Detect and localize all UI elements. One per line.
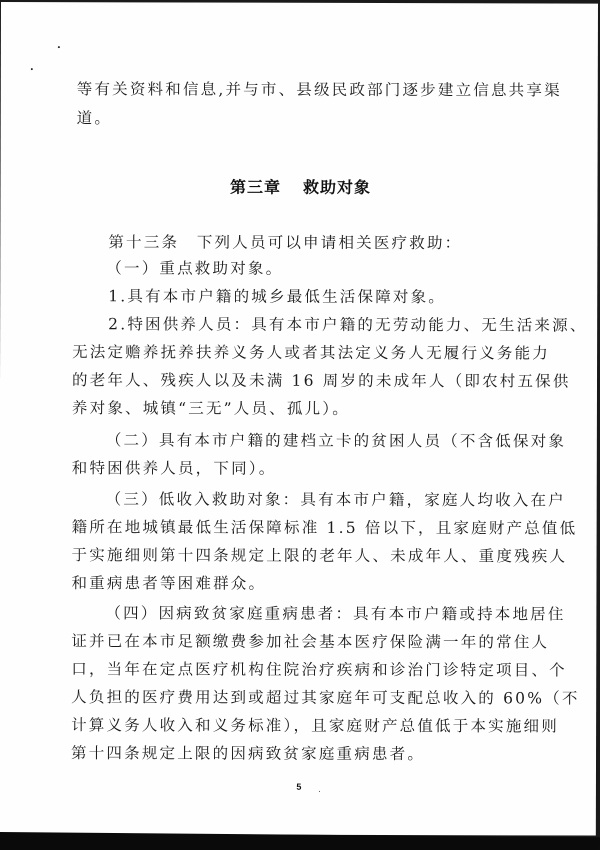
scan-speck [31, 68, 33, 70]
item-1-2-line-3: 的老年人、残疾人以及未满 16 周岁的未成年人（即农村五保供 [0, 370, 598, 392]
continuation-line-2: 道。 [1, 108, 598, 130]
item-3-line-3: 于实施细则第十四条规定上限的老年人、未成年人、重度残疾人 [0, 545, 598, 567]
item-3-line-2: 籍所在地城镇最低生活保障标准 1.5 倍以下，且家庭财产总值低 [0, 517, 598, 539]
item-1-1: 1.具有本市户籍的城乡最低生活保障对象。 [0, 286, 598, 308]
chapter-title: 救助对象 [303, 178, 371, 197]
page-number: 5 [0, 781, 598, 793]
item-3-line-1: （三）低收入救助对象：具有本市户籍，家庭人均收入在户 [0, 489, 598, 511]
item-4-line-6: 第十四条规定上限的因病致贫家庭重病患者。 [0, 743, 598, 765]
item-4-line-3: 口，当年在定点医疗机构住院治疗疾病和诊治门诊特定项目、个 [0, 659, 598, 681]
article-13-heading: 第十三条 下列人员可以申请相关医疗救助： [0, 232, 598, 254]
item-1-2-line-4: 养对象、城镇“三无”人员、孤儿）。 [0, 398, 598, 420]
item-2-line-1: （二）具有本市户籍的建档立卡的贫困人员（不含低保对象 [0, 430, 598, 452]
scan-speck [58, 46, 60, 48]
item-4-line-1: （四）因病致贫家庭重病患者：具有本市户籍或持本地居住 [0, 603, 598, 625]
chapter-number: 第三章 [230, 178, 281, 197]
chapter-heading: 第三章救助对象 [0, 174, 598, 199]
item-4-line-2: 证并已在本市足额缴费参加社会基本医疗保险满一年的常住人 [0, 631, 598, 653]
item-2-line-2: 和特困供养人员，下同）。 [0, 458, 598, 480]
scanned-page: 等有关资料和信息,并与市、县级民政部门逐步建立信息共享渠 道。 第三章救助对象 … [0, 2, 598, 836]
continuation-line-1: 等有关资料和信息,并与市、县级民政部门逐步建立信息共享渠 [1, 79, 598, 101]
scan-speck [319, 791, 320, 792]
item-4-line-5: 计算义务人收入和义务标准），且家庭财产总值低于本实施细则 [0, 715, 598, 737]
item-4-line-4: 人负担的医疗费用达到或超过其家庭年可支配总收入的 60%（不 [0, 687, 598, 709]
item-1-heading: （一）重点救助对象。 [0, 258, 598, 280]
item-1-2-line-2: 无法定赡养抚养扶养义务人或者其法定义务人无履行义务能力 [0, 342, 598, 364]
item-3-line-4: 和重病患者等困难群众。 [0, 573, 598, 595]
item-1-2-line-1: 2.特困供养人员：具有本市户籍的无劳动能力、无生活来源、 [0, 314, 598, 336]
